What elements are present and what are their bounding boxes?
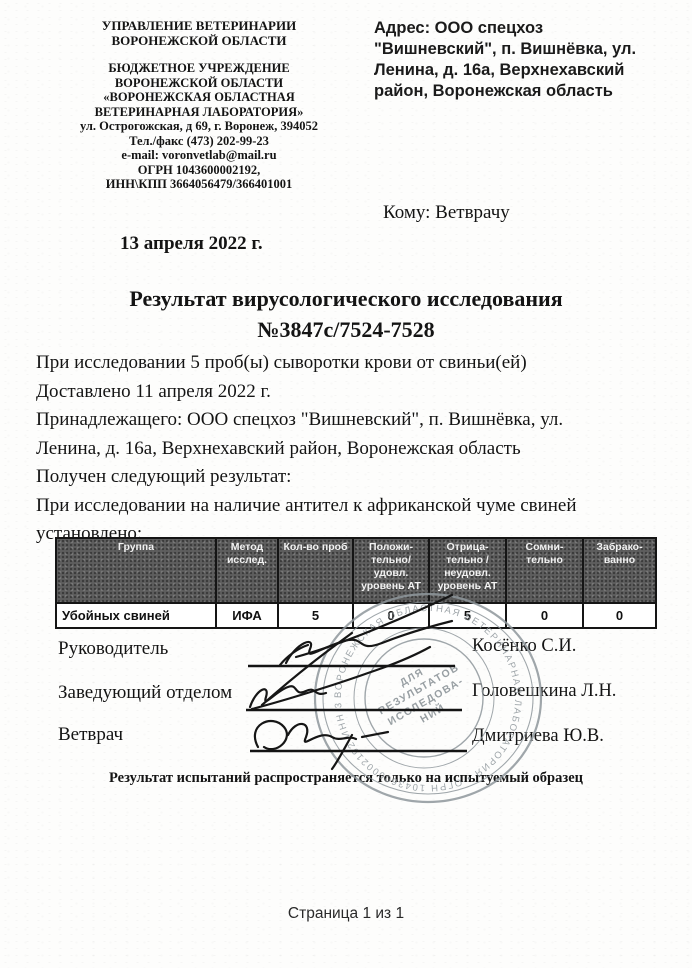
recipient-address-line: "Вишневский", п. Вишнёвка, ул. bbox=[374, 39, 674, 60]
signature-role-head-of-department: Заведующий отделом bbox=[58, 682, 232, 704]
signature-lines bbox=[246, 666, 467, 751]
org-name-line: «ВОРОНЕЖСКАЯ ОБЛАСТНАЯ bbox=[38, 90, 360, 105]
signature-role-vet: Ветврач bbox=[58, 724, 123, 746]
header-cell-positive: Положи- тельно/ удовл. уровень АТ bbox=[353, 538, 429, 603]
body-line: Доставлено 11 апреля 2022 г. bbox=[36, 378, 672, 407]
org-phone-line: Тел./факс (473) 202-99-23 bbox=[38, 134, 360, 149]
stamp-center-line: ДЛЯ bbox=[398, 666, 426, 688]
stamp-center-line: РЕЗУЛЬТАТОВ bbox=[376, 661, 461, 717]
cell-rejected-value: 0 bbox=[583, 603, 656, 628]
body-line: При исследовании 5 проб(ы) сыворотки кро… bbox=[36, 349, 672, 378]
header-cell-group: Группа bbox=[56, 538, 216, 603]
recipient-address-line: район, Воронежская область bbox=[374, 81, 674, 102]
header-cell-method: Метод исслед. bbox=[216, 538, 278, 603]
footer-disclaimer: Результат испытаний распространяется тол… bbox=[0, 770, 692, 787]
scanned-lab-result-document: УПРАВЛЕНИЕ ВЕТЕРИНАРИИ ВОРОНЕЖСКОЙ ОБЛАС… bbox=[0, 0, 692, 968]
org-name-line: БЮДЖЕТНОЕ УЧРЕЖДЕНИЕ bbox=[38, 61, 360, 76]
results-table: Группа Метод исслед. Кол-во проб Положи-… bbox=[55, 537, 657, 629]
body-line: Ленина, д. 16а, Верхнехавский район, Вор… bbox=[36, 435, 672, 464]
document-title-number: №3847с/7524-7528 bbox=[0, 314, 692, 345]
org-authority-line: УПРАВЛЕНИЕ ВЕТЕРИНАРИИ bbox=[38, 18, 360, 33]
cell-group-value: Убойных свиней bbox=[56, 603, 216, 628]
body-line: При исследовании на наличие антител к аф… bbox=[36, 492, 672, 521]
stamp-center-line: НИЙ bbox=[418, 701, 448, 726]
org-name-line: ВЕТЕРИНАРНАЯ ЛАБОРАТОРИЯ» bbox=[38, 105, 360, 120]
header-cell-rejected: Забрако- ванно bbox=[583, 538, 656, 603]
document-body: При исследовании 5 проб(ы) сыворотки кро… bbox=[36, 349, 672, 549]
signature-ink-vet bbox=[255, 721, 388, 769]
recipient-label: Кому: Ветврачу bbox=[383, 202, 510, 224]
stamp-center-line: ИССЛЕДОВА- bbox=[386, 675, 466, 728]
recipient-address-block: Адрес: ООО спецхоз "Вишневский", п. Вишн… bbox=[374, 18, 674, 102]
signature-role-director: Руководитель bbox=[58, 638, 168, 660]
org-authority-line: ВОРОНЕЖСКОЙ ОБЛАСТИ bbox=[38, 33, 360, 48]
document-title: Результат вирусологического исследования… bbox=[0, 283, 692, 345]
header-cell-sample-count: Кол-во проб bbox=[278, 538, 353, 603]
header-cell-negative: Отрица- тельно / неудовл. уровень АТ bbox=[429, 538, 506, 603]
cell-positive-value: 0 bbox=[353, 603, 429, 628]
org-address-line: ул. Острогожская, д 69, г. Воронеж, 3940… bbox=[38, 119, 360, 134]
document-title-line1: Результат вирусологического исследования bbox=[0, 283, 692, 314]
body-line: Принадлежащего: ООО спецхоз "Вишневский"… bbox=[36, 406, 672, 435]
page-number-label: Страница 1 из 1 bbox=[0, 905, 692, 923]
signature-ink-head-of-department bbox=[250, 633, 430, 709]
org-inn-line: ИНН\КПП 3664056479/366401001 bbox=[38, 177, 360, 192]
cell-negative-value: 5 bbox=[429, 603, 506, 628]
recipient-address-line: Ленина, д. 16а, Верхнехавский bbox=[374, 60, 674, 81]
org-email-line: e-mail: voronvetlab@mail.ru bbox=[38, 148, 360, 163]
letterhead-left: УПРАВЛЕНИЕ ВЕТЕРИНАРИИ ВОРОНЕЖСКОЙ ОБЛАС… bbox=[38, 18, 360, 192]
header-cell-doubtful: Сомни- тельно bbox=[506, 538, 583, 603]
org-ogrn-line: ОГРН 1043600002192, bbox=[38, 163, 360, 178]
signature-name-head-of-department: Головешкина Л.Н. bbox=[472, 681, 616, 702]
results-table-data-row: Убойных свиней ИФА 5 0 5 0 0 bbox=[56, 603, 656, 628]
cell-method-value: ИФА bbox=[216, 603, 278, 628]
recipient-address-line: Адрес: ООО спецхоз bbox=[374, 18, 674, 39]
document-date: 13 апреля 2022 г. bbox=[120, 233, 263, 255]
body-line: Получен следующий результат: bbox=[36, 463, 672, 492]
cell-doubtful-value: 0 bbox=[506, 603, 583, 628]
results-table-header-row: Группа Метод исслед. Кол-во проб Положи-… bbox=[56, 538, 656, 603]
cell-sample-count-value: 5 bbox=[278, 603, 353, 628]
signature-name-vet: Дмитриева Ю.В. bbox=[472, 726, 604, 747]
org-name-line: ВОРОНЕЖСКОЙ ОБЛАСТИ bbox=[38, 76, 360, 91]
signature-name-director: Косёнко С.И. bbox=[472, 636, 576, 657]
